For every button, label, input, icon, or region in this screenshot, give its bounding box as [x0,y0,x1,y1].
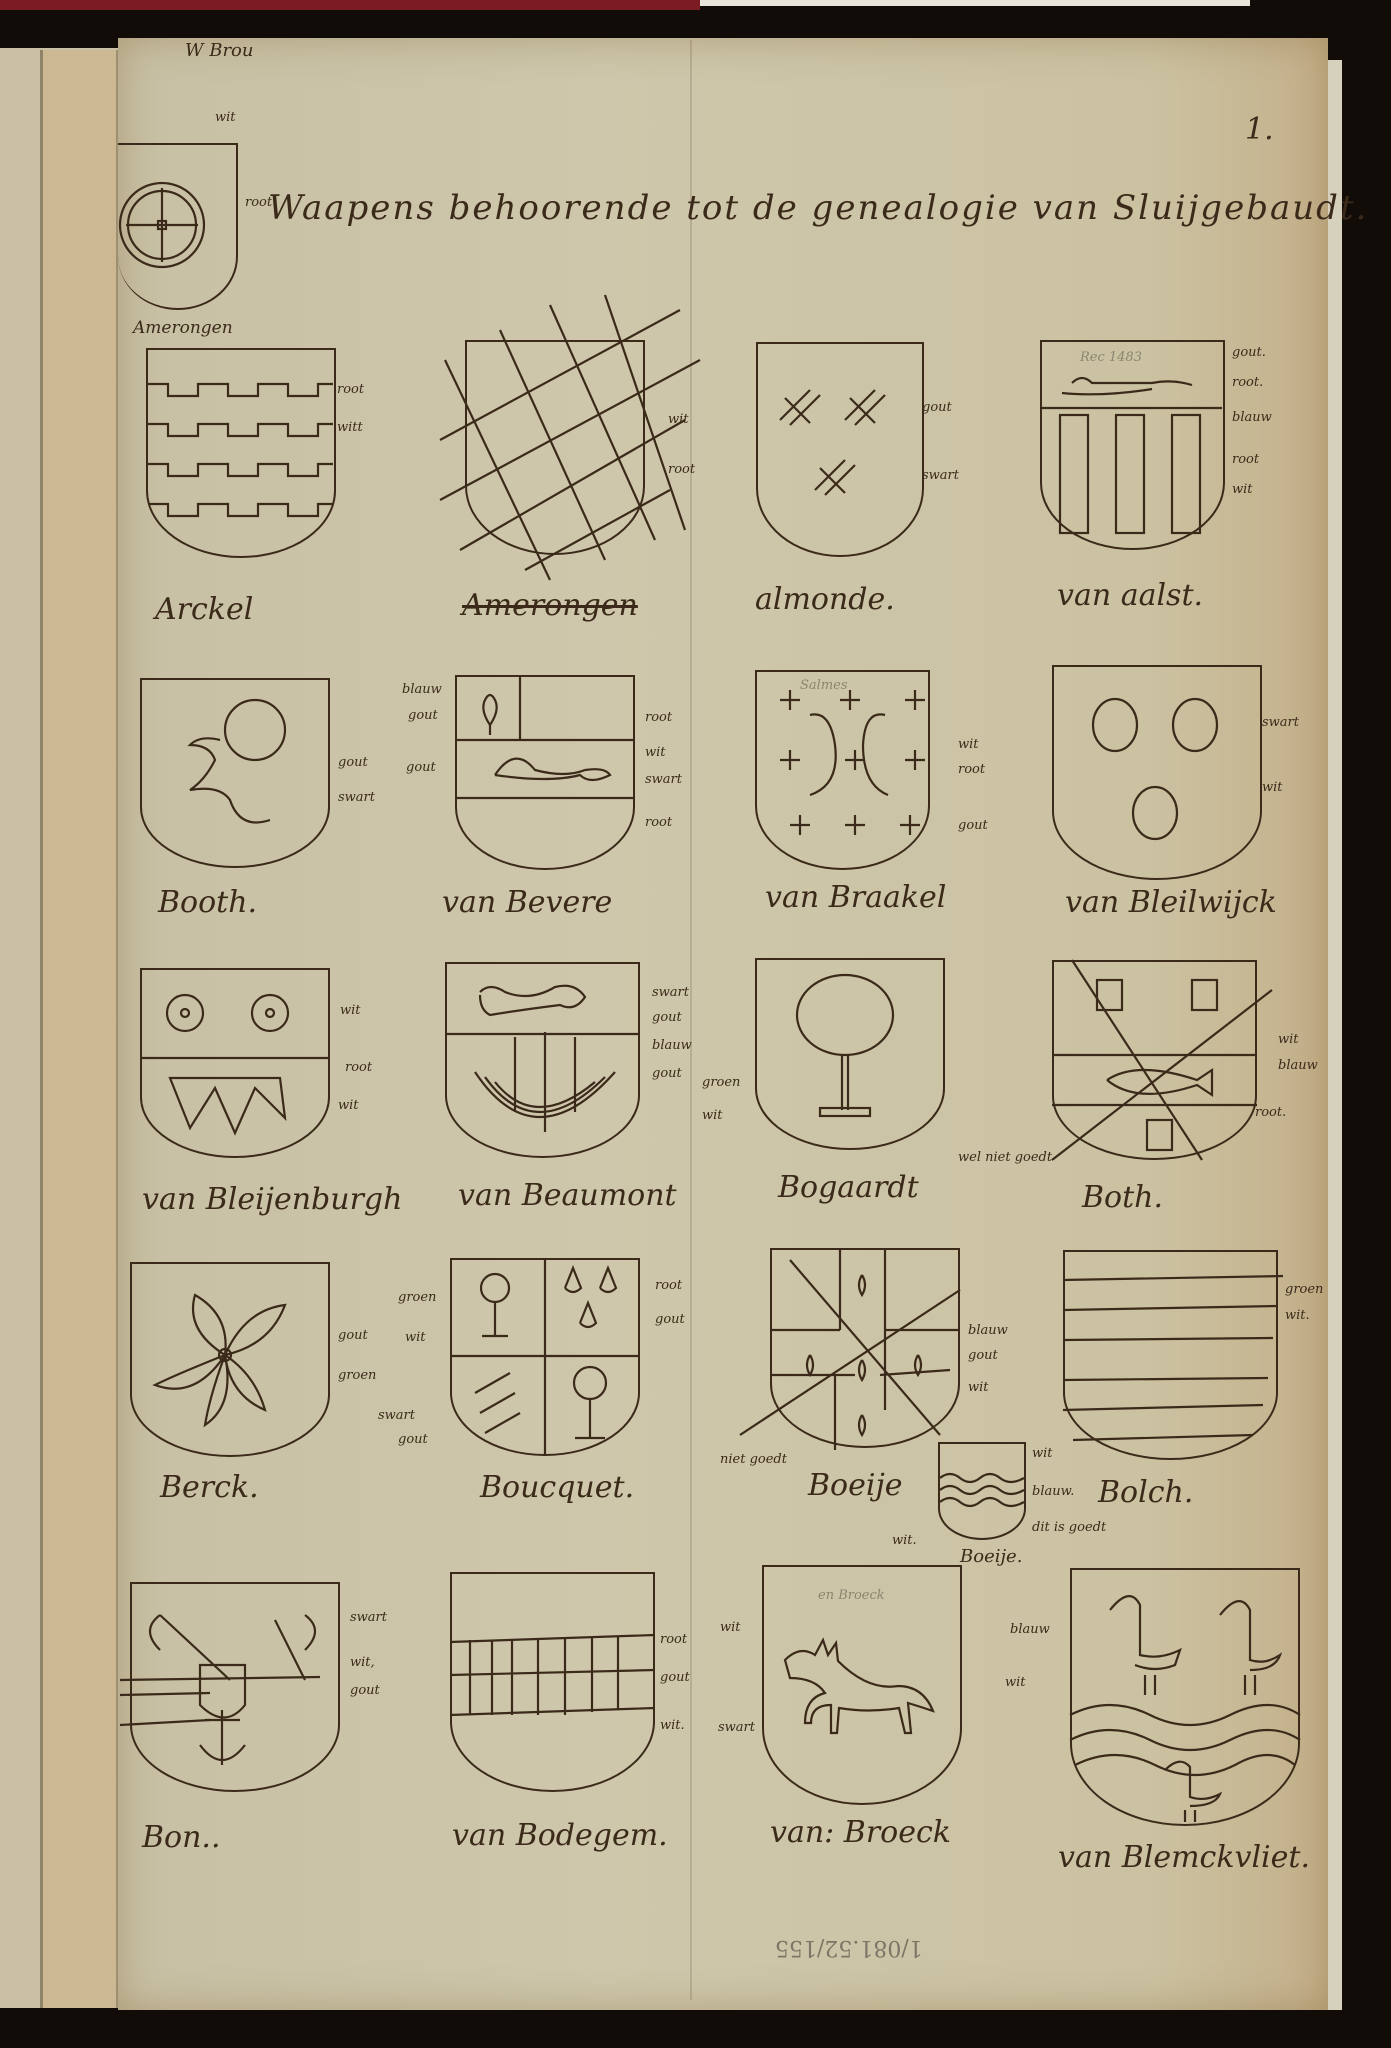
quarterly-trees-hearts-icon [450,1258,640,1456]
tincture-label: wit [968,1380,989,1395]
tincture-label: gout [338,1328,368,1343]
tincture-label: wit [1278,1032,1299,1047]
tincture-label: groen [398,1290,436,1305]
tincture-label: wit [720,1620,741,1635]
tincture-label: blauw. [1032,1484,1074,1499]
beaver-and-fleur-icon [455,675,635,870]
tincture-label: gout [968,1348,998,1363]
tincture-label: swart [652,985,689,1000]
roses-and-indented-icon [140,968,330,1158]
tincture-label: wit [340,1003,361,1018]
tincture-label: wit [958,737,979,752]
barry-icon [1063,1250,1283,1460]
tincture-label: wit. [660,1718,685,1733]
tincture-label: root [668,462,695,477]
tincture-label: groen [702,1075,740,1090]
tincture-label: swart [338,790,375,805]
leaf-flower-icon [145,1290,305,1430]
tincture-label: wit, [350,1655,375,1670]
tincture-label: root. [1232,375,1263,390]
lion-and-ship-icon [445,962,640,1158]
tincture-label: wit [645,745,666,760]
faint-note: Rec 1483 [1080,350,1142,365]
three-crosses-icon [775,380,905,510]
arms-name: van Bevere [442,885,612,920]
tincture-label: swart [378,1408,415,1423]
tincture-label: swart [645,772,682,787]
fleurs-crossed-out-icon [740,1250,980,1450]
tincture-label: swart [718,1720,755,1735]
tincture-label: wit. [892,1533,917,1548]
wheel-charge-icon [112,170,222,280]
tincture-label: gout [652,1066,682,1081]
tincture-label: root [645,815,672,830]
tincture-label: gout [655,1312,685,1327]
archive-pencil-number: 1/081.52/155 [775,1935,923,1960]
tincture-label: gout [406,760,436,775]
tincture-label: root [655,1278,682,1293]
tincture-label: wit [668,412,689,427]
crest-name: Amerongen [133,318,233,338]
fox-icon [785,1640,935,1740]
stag-icon [170,690,300,850]
arms-name: Boeije [808,1468,903,1503]
tincture-label: root [645,710,672,725]
page-number: 1. [1245,112,1274,147]
tincture-label: root [1232,452,1259,467]
anchors-icon [120,1595,340,1775]
tincture-label: wit [1032,1446,1053,1461]
tincture-label: witt [337,420,363,435]
tincture-label: wit [1005,1675,1026,1690]
arms-name: almonde. [755,582,895,617]
binding-strip [40,50,120,2008]
embattled-bars-icon [148,372,333,522]
tincture-label: swart [922,468,959,483]
tincture-label: gout [350,1683,380,1698]
arms-name: Bolch. [1098,1475,1193,1510]
fish-and-crosslets-icon [765,685,925,865]
tincture-label: root [958,762,985,777]
arms-name: Boucquet. [480,1470,634,1505]
arms-name: Arckel [155,592,253,627]
tincture-label: root. [1255,1105,1286,1120]
faint-note: en Broeck [818,1588,885,1603]
tincture-label: root [345,1060,372,1075]
arms-name: van Braakel [765,880,946,915]
tincture-label: blauw [1010,1622,1050,1637]
tincture-label: root [337,382,364,397]
wavy-bars-icon [940,1470,1024,1510]
tincture-label: gout [652,1010,682,1025]
arms-name: Boeije. [960,1546,1022,1567]
tincture-label: swart [350,1610,387,1625]
tincture-label: gout [660,1670,690,1685]
crossed-out-grid-icon [430,290,710,590]
tincture-label: root [660,1632,687,1647]
tincture-label: wit [338,1098,359,1113]
tincture-label: blauw [1232,410,1272,425]
arms-name: Both. [1082,1180,1163,1215]
crest-tincture: wit [215,110,236,125]
top-red-strip [0,0,700,10]
tincture-label: blauw [652,1038,692,1053]
tincture-label: wit. [1285,1308,1310,1323]
tincture-label: wit [1232,482,1253,497]
arms-name: Bon.. [142,1820,221,1855]
tincture-label: wit [1262,780,1283,795]
birds-and-waves-icon [1070,1580,1300,1820]
tincture-label: gout [398,1432,428,1447]
three-roundels-icon [1085,695,1225,845]
tincture-label: groen [1285,1282,1323,1297]
tincture-label: gout. [1232,345,1266,360]
arms-name: Amerongen [462,588,638,623]
crest-tincture: root. [245,195,276,210]
arms-name: van Bleijenburgh [142,1182,402,1217]
tincture-label: groen [338,1368,376,1383]
tincture-label: gout [958,818,988,833]
tincture-label: gout [338,755,368,770]
tincture-label: blauw [968,1323,1008,1338]
heads-fish-crossed-icon [1052,955,1282,1165]
tincture-label: gout [408,708,438,723]
arms-name: van Bodegem. [452,1818,668,1853]
tincture-label: gout [922,400,952,415]
margin-note: wel niet goedt [958,1150,1052,1165]
arms-name: van Beaumont [458,1178,677,1213]
arms-name: van aalst. [1057,578,1203,613]
chequy-fess-icon [450,1630,655,1720]
tincture-label: blauw [1278,1058,1318,1073]
arms-name: Booth. [158,885,257,920]
arms-name: Bogaardt [778,1170,919,1205]
tincture-label: dit is goedt [1032,1520,1106,1535]
tincture-label: wit [702,1108,723,1123]
margin-note: niet goedt [720,1452,787,1467]
arms-name: van Bleilwijck [1065,885,1277,920]
arms-name: van: Broeck [770,1815,951,1850]
top-white-strip [700,0,1250,6]
top-margin-note: W Brou [185,40,253,61]
arms-name: Berck. [160,1470,259,1505]
hound-and-vair-icon [1042,345,1222,545]
arms-name: van Blemckvliet. [1058,1840,1310,1875]
tincture-label: blauw [402,682,442,697]
faint-note: Salmes [800,678,848,693]
tree-icon [780,970,910,1130]
tincture-label: swart [1262,715,1299,730]
tincture-label: wit [405,1330,426,1345]
page-title: Waapens behoorende tot de genealogie van… [268,188,1368,228]
